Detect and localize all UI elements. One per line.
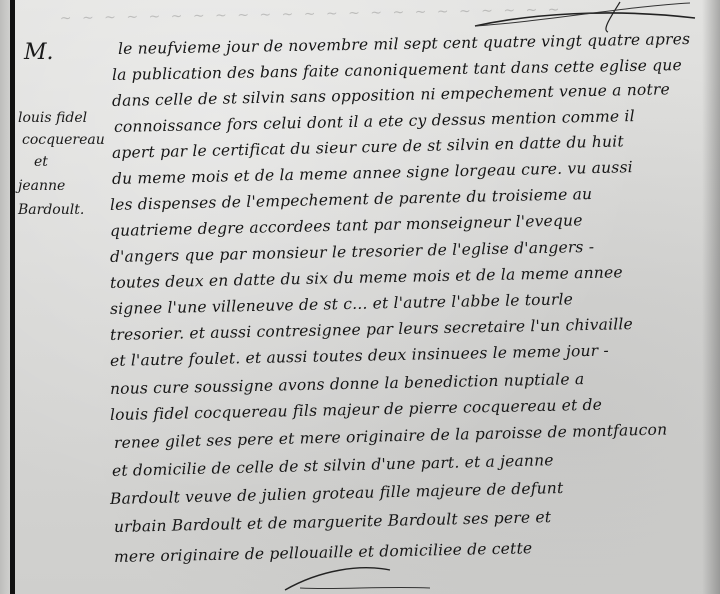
text-line: d'angers que par monsieur le tresorier d… xyxy=(110,238,595,266)
text-line: toutes deux en datte du six du meme mois… xyxy=(110,263,623,292)
text-line: tresorier. et aussi contresignee par leu… xyxy=(110,315,633,344)
page-edge-shadow xyxy=(702,0,720,594)
text-line: urbain Bardoult et de marguerite Bardoul… xyxy=(114,508,552,536)
page-edge xyxy=(0,0,10,594)
margin-name-line: jeanne xyxy=(18,178,65,194)
margin-name-line: Bardoult. xyxy=(18,202,84,218)
bottom-flourish xyxy=(280,560,440,594)
margin-name-line: cocquereau xyxy=(22,132,105,148)
entry-mark: M. xyxy=(24,40,54,65)
margin-rule xyxy=(10,0,15,594)
text-line: connoissance fors celui dont il a ete cy… xyxy=(114,107,635,136)
text-line: dans celle de st silvin sans opposition … xyxy=(112,80,670,110)
text-line: Bardoult veuve de julien groteau fille m… xyxy=(110,479,564,508)
margin-name-line: et xyxy=(34,154,48,170)
text-line: et domicilie de celle de st silvin d'une… xyxy=(112,451,554,480)
margin-name-line: louis fidel xyxy=(18,110,87,126)
text-line: signee l'une villeneuve de st c... et l'… xyxy=(110,290,573,318)
text-line: la publication des bans faite canoniquem… xyxy=(112,56,682,84)
text-line: et l'autre foulet. et aussi toutes deux … xyxy=(110,342,609,370)
text-line: quatrieme degre accordees tant par monse… xyxy=(110,211,583,240)
text-line: louis fidel cocquereau fils majeur de pi… xyxy=(110,396,602,424)
text-line: apert par le certificat du sieur cure de… xyxy=(112,132,624,162)
text-line: renee gilet ses pere et mere originaire … xyxy=(114,420,668,452)
text-line: les dispenses de l'empechement de parent… xyxy=(110,185,593,214)
register-page: ~ ~ ~ ~ ~ ~ ~ ~ ~ ~ ~ ~ ~ ~ ~ ~ ~ ~ ~ ~ … xyxy=(0,0,720,594)
text-line: du meme mois et de la meme annee signe l… xyxy=(112,158,633,188)
text-line: nous cure soussigne avons donne la bened… xyxy=(110,370,585,398)
